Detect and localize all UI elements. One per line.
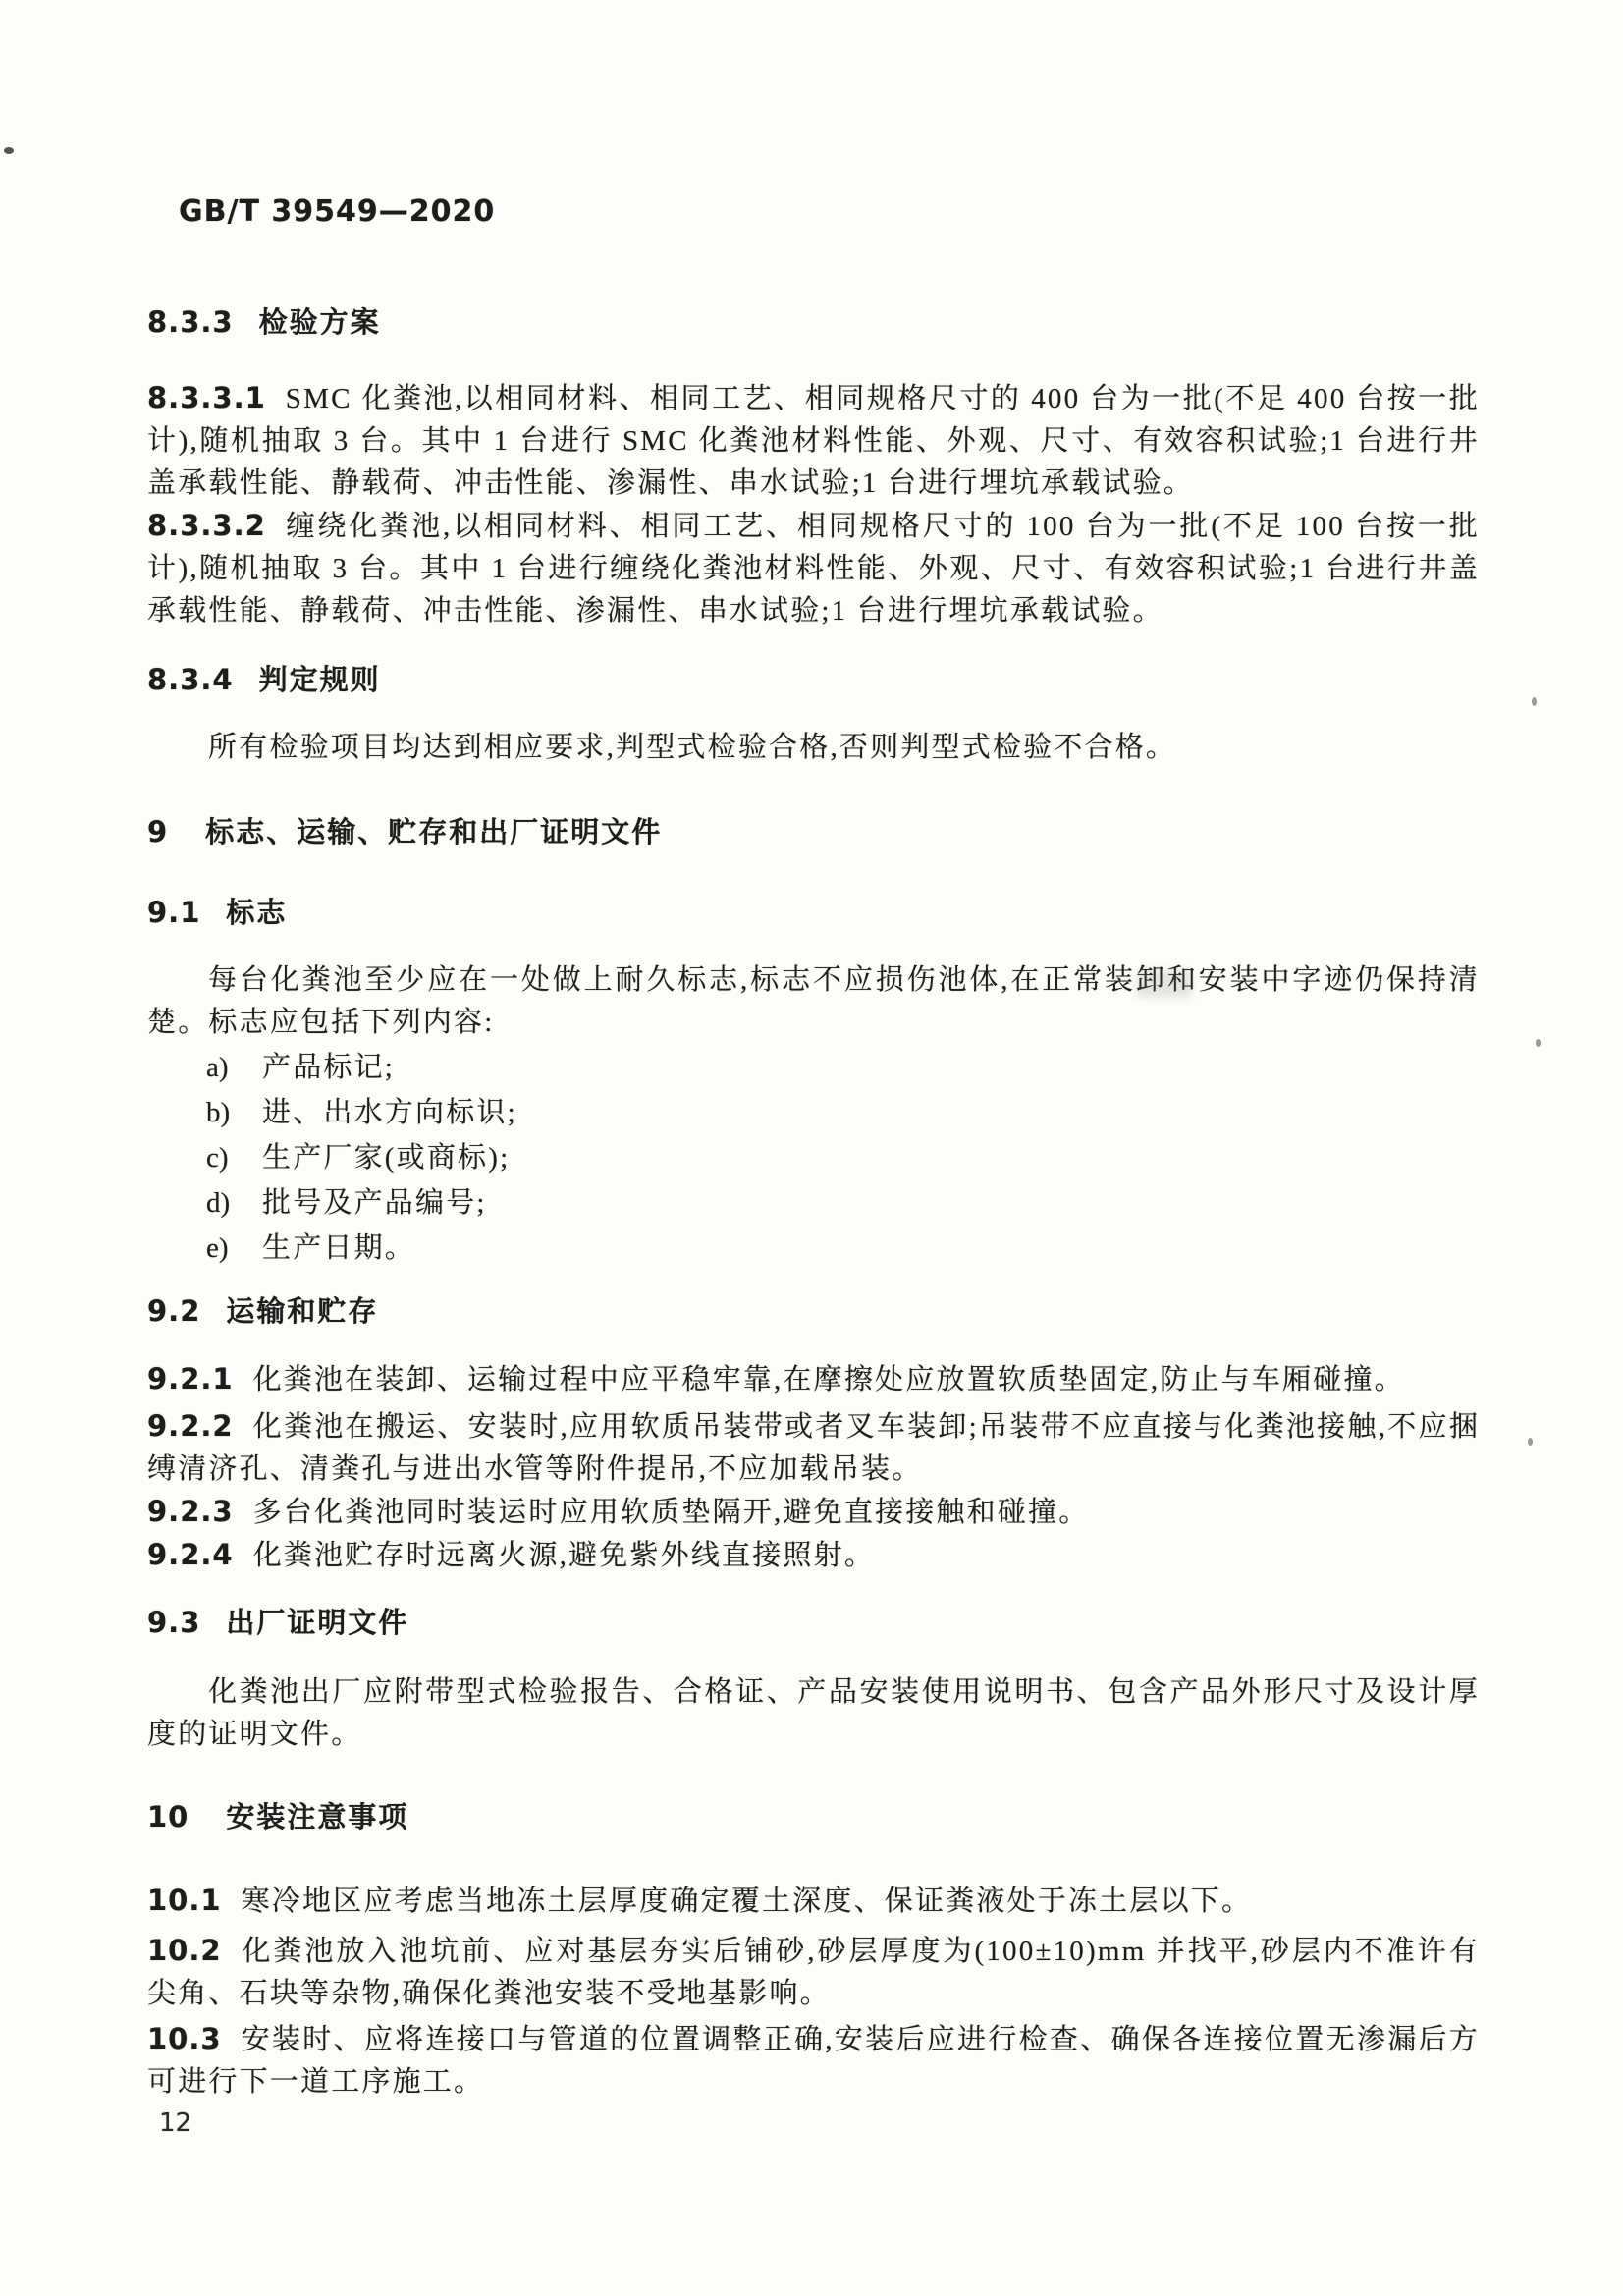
chapter-title: 安装注意事项 <box>226 1800 408 1833</box>
clause-text: 缠绕化粪池,以相同材料、相同工艺、相同规格尺寸的 100 台为一批(不足 100… <box>147 511 1480 627</box>
clause-number: 9.3 <box>147 1606 200 1639</box>
clause-10-1: 10.1寒冷地区应考虑当地冻土层厚度确定覆土深度、保证粪液处于冻土层以下。 <box>147 1880 1480 1923</box>
clause-text: 多台化粪池同时装运时应用软质垫隔开,避免直接接触和碰撞。 <box>253 1497 1090 1528</box>
clause-number: 9.2.1 <box>147 1362 234 1395</box>
clause-9-2-4: 9.2.4化粪池贮存时远离火源,避免紫外线直接照射。 <box>147 1534 1480 1577</box>
standard-number-header: GB/T 39549—2020 <box>179 192 1480 232</box>
chapter-number: 10 <box>147 1800 189 1833</box>
clause-text: 化粪池贮存时远离火源,避免紫外线直接照射。 <box>253 1540 875 1571</box>
clause-number: 10.3 <box>147 2022 222 2055</box>
chapter-heading-10: 10安装注意事项 <box>147 1797 1480 1836</box>
clause-title: 运输和贮存 <box>226 1294 378 1328</box>
clause-number: 9.1 <box>147 896 200 929</box>
clause-text: SMC 化粪池,以相同材料、相同工艺、相同规格尺寸的 400 台为一批(不足 4… <box>147 383 1480 499</box>
clause-title: 出厂证明文件 <box>226 1606 408 1639</box>
clause-heading-9-1: 9.1标志 <box>147 893 1480 932</box>
clause-heading-9-3: 9.3出厂证明文件 <box>147 1603 1480 1642</box>
chapter-heading-9: 9标志、运输、贮存和出厂证明文件 <box>147 812 1480 851</box>
clause-title: 标志 <box>226 896 287 929</box>
list-item-label: e) <box>206 1228 262 1270</box>
clause-9-1-text: 每台化粪池至少应在一处做上耐久标志,标志不应损伤池体,在正常装卸和安装中字迹仍保… <box>147 959 1480 1044</box>
clause-9-2-3: 9.2.3多台化粪池同时装运时应用软质垫隔开,避免直接接触和碰撞。 <box>147 1491 1480 1534</box>
clause-number: 9.2.2 <box>147 1409 234 1443</box>
scan-speck <box>1536 1039 1541 1047</box>
clause-text: 化粪池在装卸、运输过程中应平稳牢靠,在摩擦处应放置软质垫固定,防止与车厢碰撞。 <box>253 1364 1405 1395</box>
marking-item-e: e)生产日期。 <box>206 1228 1480 1270</box>
list-item-label: c) <box>206 1137 262 1179</box>
marking-content-list: a)产品标记; b)进、出水方向标识; c)生产厂家(或商标); d)批号及产品… <box>206 1047 1480 1270</box>
clause-text: 化粪池放入池坑前、应对基层夯实后铺砂,砂层厚度为(100±10)mm 并找平,砂… <box>147 1936 1480 2009</box>
list-item-text: 进、出水方向标识; <box>262 1097 517 1128</box>
clause-8-3-4-text: 所有检验项目均达到相应要求,判型式检验合格,否则判型式检验不合格。 <box>147 727 1480 769</box>
clause-text: 化粪池在搬运、安装时,应用软质吊装带或者叉车装卸;吊装带不应直接与化粪池接触,不… <box>147 1411 1480 1485</box>
list-item-text: 批号及产品编号; <box>262 1187 487 1219</box>
clause-number: 8.3.4 <box>147 663 234 696</box>
chapter-number: 9 <box>147 815 168 848</box>
clause-9-2-1: 9.2.1化粪池在装卸、运输过程中应平稳牢靠,在摩擦处应放置软质垫固定,防止与车… <box>147 1358 1480 1401</box>
clause-number: 10.2 <box>147 1934 222 1967</box>
marking-item-a: a)产品标记; <box>206 1047 1480 1089</box>
scan-smudge <box>1137 970 1192 998</box>
list-item-label: a) <box>206 1047 262 1089</box>
clause-number: 8.3.3.1 <box>147 381 266 414</box>
clause-number: 8.3.3 <box>147 305 234 339</box>
list-item-label: b) <box>206 1092 262 1134</box>
scan-speck <box>1528 1438 1533 1446</box>
clause-title: 判定规则 <box>259 663 381 696</box>
clause-heading-9-2: 9.2运输和贮存 <box>147 1291 1480 1331</box>
list-item-text: 产品标记; <box>262 1052 395 1083</box>
scan-speck <box>1532 697 1537 706</box>
clause-number: 9.2.3 <box>147 1495 234 1528</box>
list-item-label: d) <box>206 1182 262 1225</box>
clause-8-3-3-1: 8.3.3.1SMC 化粪池,以相同材料、相同工艺、相同规格尺寸的 400 台为… <box>147 377 1480 505</box>
clause-text: 安装时、应将连接口与管道的位置调整正确,安装后应进行检查、确保各连接位置无渗漏后… <box>147 2024 1480 2098</box>
scan-speck <box>4 147 14 154</box>
clause-9-2-2: 9.2.2化粪池在搬运、安装时,应用软质吊装带或者叉车装卸;吊装带不应直接与化粪… <box>147 1405 1480 1491</box>
clause-number: 9.2.4 <box>147 1538 234 1571</box>
marking-item-d: d)批号及产品编号; <box>206 1182 1480 1225</box>
clause-9-3-text: 化粪池出厂应附带型式检验报告、合格证、产品安装使用说明书、包含产品外形尺寸及设计… <box>147 1671 1480 1756</box>
list-item-text: 生产日期。 <box>262 1232 415 1264</box>
clause-heading-8-3-4: 8.3.4判定规则 <box>147 660 1480 699</box>
clause-number: 9.2 <box>147 1294 200 1328</box>
scanned-document-page: GB/T 39549—2020 8.3.3检验方案 8.3.3.1SMC 化粪池… <box>0 0 1623 2296</box>
marking-item-c: c)生产厂家(或商标); <box>206 1137 1480 1179</box>
clause-8-3-3-2: 8.3.3.2缠绕化粪池,以相同材料、相同工艺、相同规格尺寸的 100 台为一批… <box>147 505 1480 632</box>
clause-text: 寒冷地区应考虑当地冻土层厚度确定覆土深度、保证粪液处于冻土层以下。 <box>242 1886 1253 1917</box>
marking-item-b: b)进、出水方向标识; <box>206 1092 1480 1134</box>
clause-number: 10.1 <box>147 1884 222 1917</box>
clause-number: 8.3.3.2 <box>147 509 266 542</box>
clause-10-3: 10.3安装时、应将连接口与管道的位置调整正确,安装后应进行检查、确保各连接位置… <box>147 2018 1480 2104</box>
chapter-title: 标志、运输、贮存和出厂证明文件 <box>205 815 662 848</box>
clause-heading-8-3-3: 8.3.3检验方案 <box>147 302 1480 342</box>
document-body: 8.3.3检验方案 8.3.3.1SMC 化粪池,以相同材料、相同工艺、相同规格… <box>147 302 1480 2104</box>
clause-10-2: 10.2化粪池放入池坑前、应对基层夯实后铺砂,砂层厚度为(100±10)mm 并… <box>147 1930 1480 2015</box>
clause-title: 检验方案 <box>259 305 381 339</box>
list-item-text: 生产厂家(或商标); <box>262 1142 510 1174</box>
page-number: 12 <box>159 2104 1480 2143</box>
